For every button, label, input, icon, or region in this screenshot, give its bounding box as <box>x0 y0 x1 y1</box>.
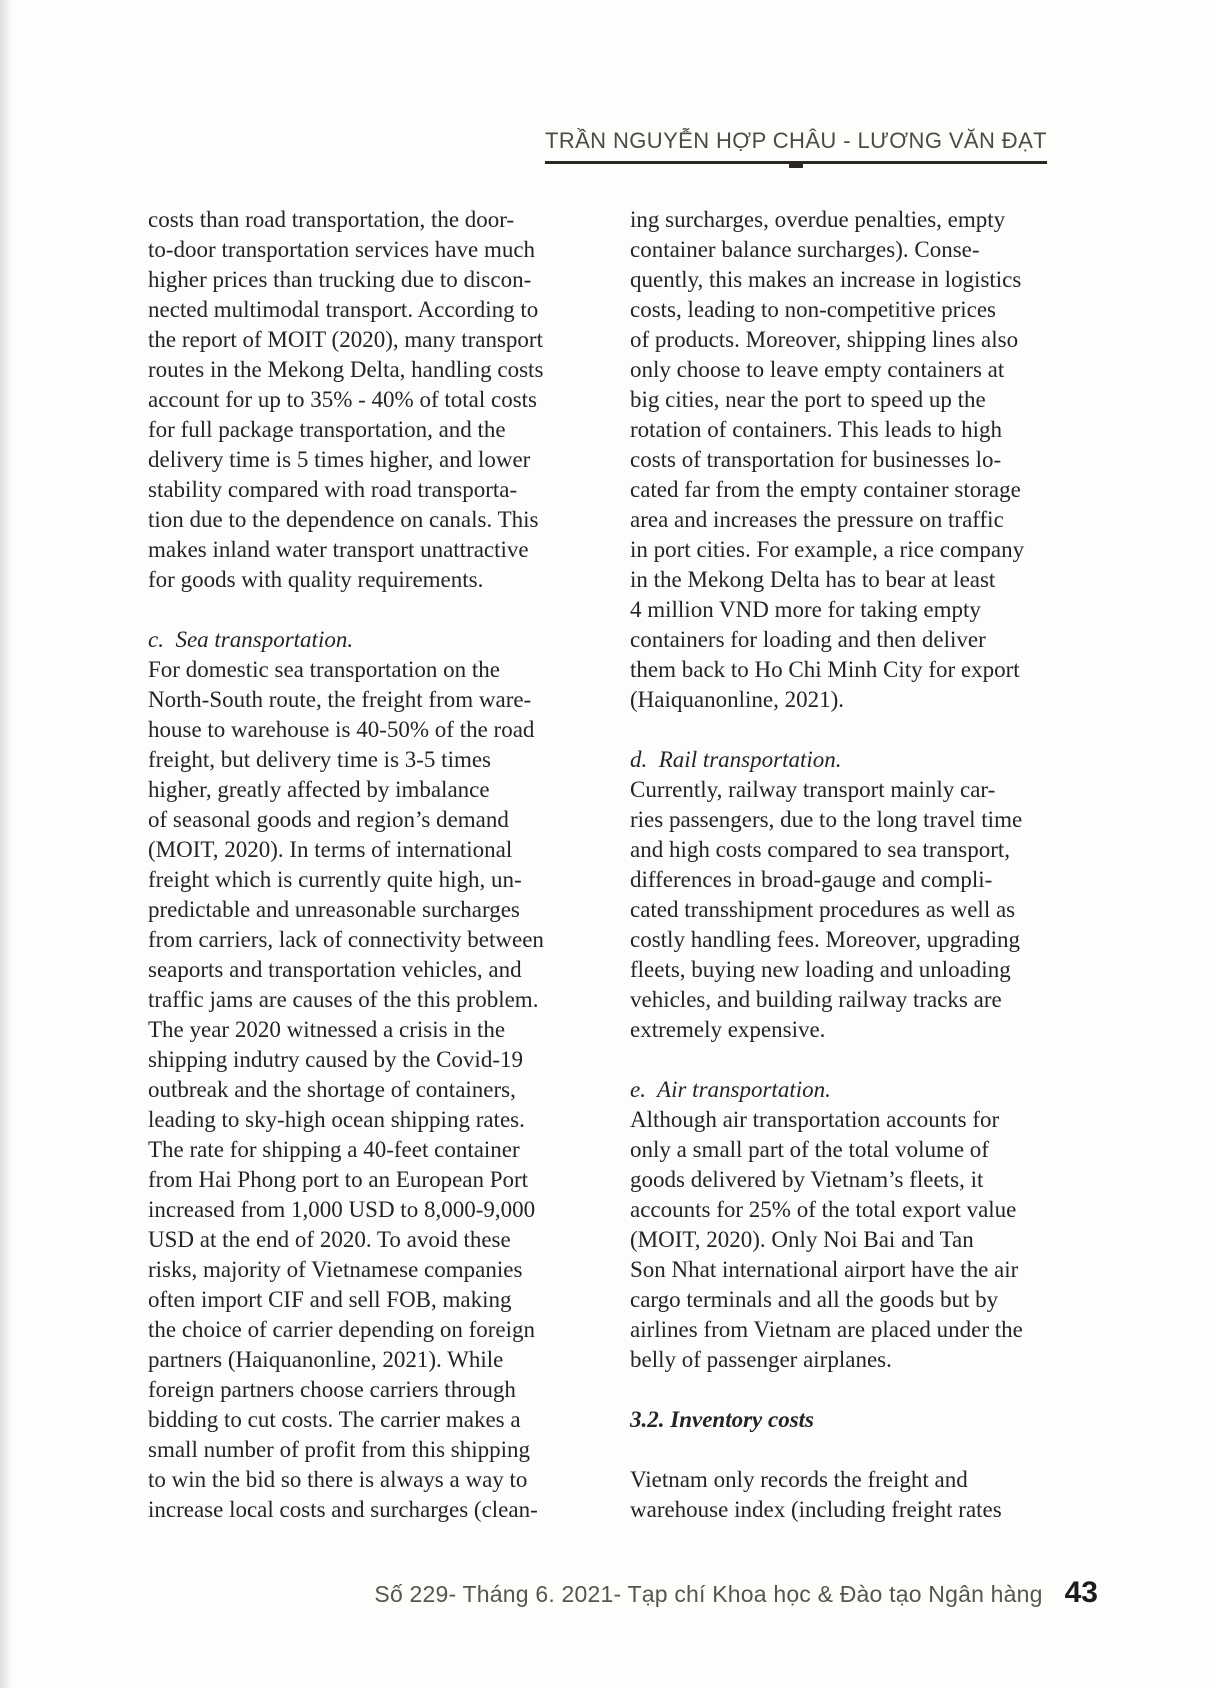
heading-air-transportation: e. Air transportation. <box>630 1075 1066 1105</box>
body-paragraph-inventory-costs: Vietnam only records the freight and war… <box>630 1465 1066 1525</box>
body-paragraph-surcharges: ing surcharges, overdue penalties, empty… <box>630 205 1066 715</box>
page-footer: Số 229- Tháng 6. 2021- Tạp chí Khoa học … <box>374 1576 1098 1610</box>
body-paragraph-sea-transportation: For domestic sea transportation on the N… <box>148 655 584 1525</box>
heading-inventory-costs: 3.2. Inventory costs <box>630 1405 1066 1435</box>
running-head: TRẦN NGUYỄN HỢP CHÂU - LƯƠNG VĂN ĐẠT <box>545 128 1047 164</box>
heading-rail-transportation: d. Rail transportation. <box>630 745 1066 775</box>
body-paragraph-air-transportation: Although air transportation accounts for… <box>630 1105 1066 1375</box>
footer-journal-info: Số 229- Tháng 6. 2021- Tạp chí Khoa học … <box>374 1581 1042 1608</box>
heading-sea-transportation: c. Sea transportation. <box>148 625 584 655</box>
right-column: ing surcharges, overdue penalties, empty… <box>630 205 1066 1525</box>
page-edge-shadow <box>0 0 12 1688</box>
body-paragraph-rail-transportation: Currently, railway transport mainly car-… <box>630 775 1066 1045</box>
left-column: costs than road transportation, the door… <box>148 205 584 1525</box>
document-page: TRẦN NGUYỄN HỢP CHÂU - LƯƠNG VĂN ĐẠT cos… <box>0 0 1216 1688</box>
running-head-authors: TRẦN NGUYỄN HỢP CHÂU - LƯƠNG VĂN ĐẠT <box>545 128 1047 164</box>
body-paragraph-inland-water: costs than road transportation, the door… <box>148 205 584 595</box>
footer-page-number: 43 <box>1065 1576 1098 1610</box>
